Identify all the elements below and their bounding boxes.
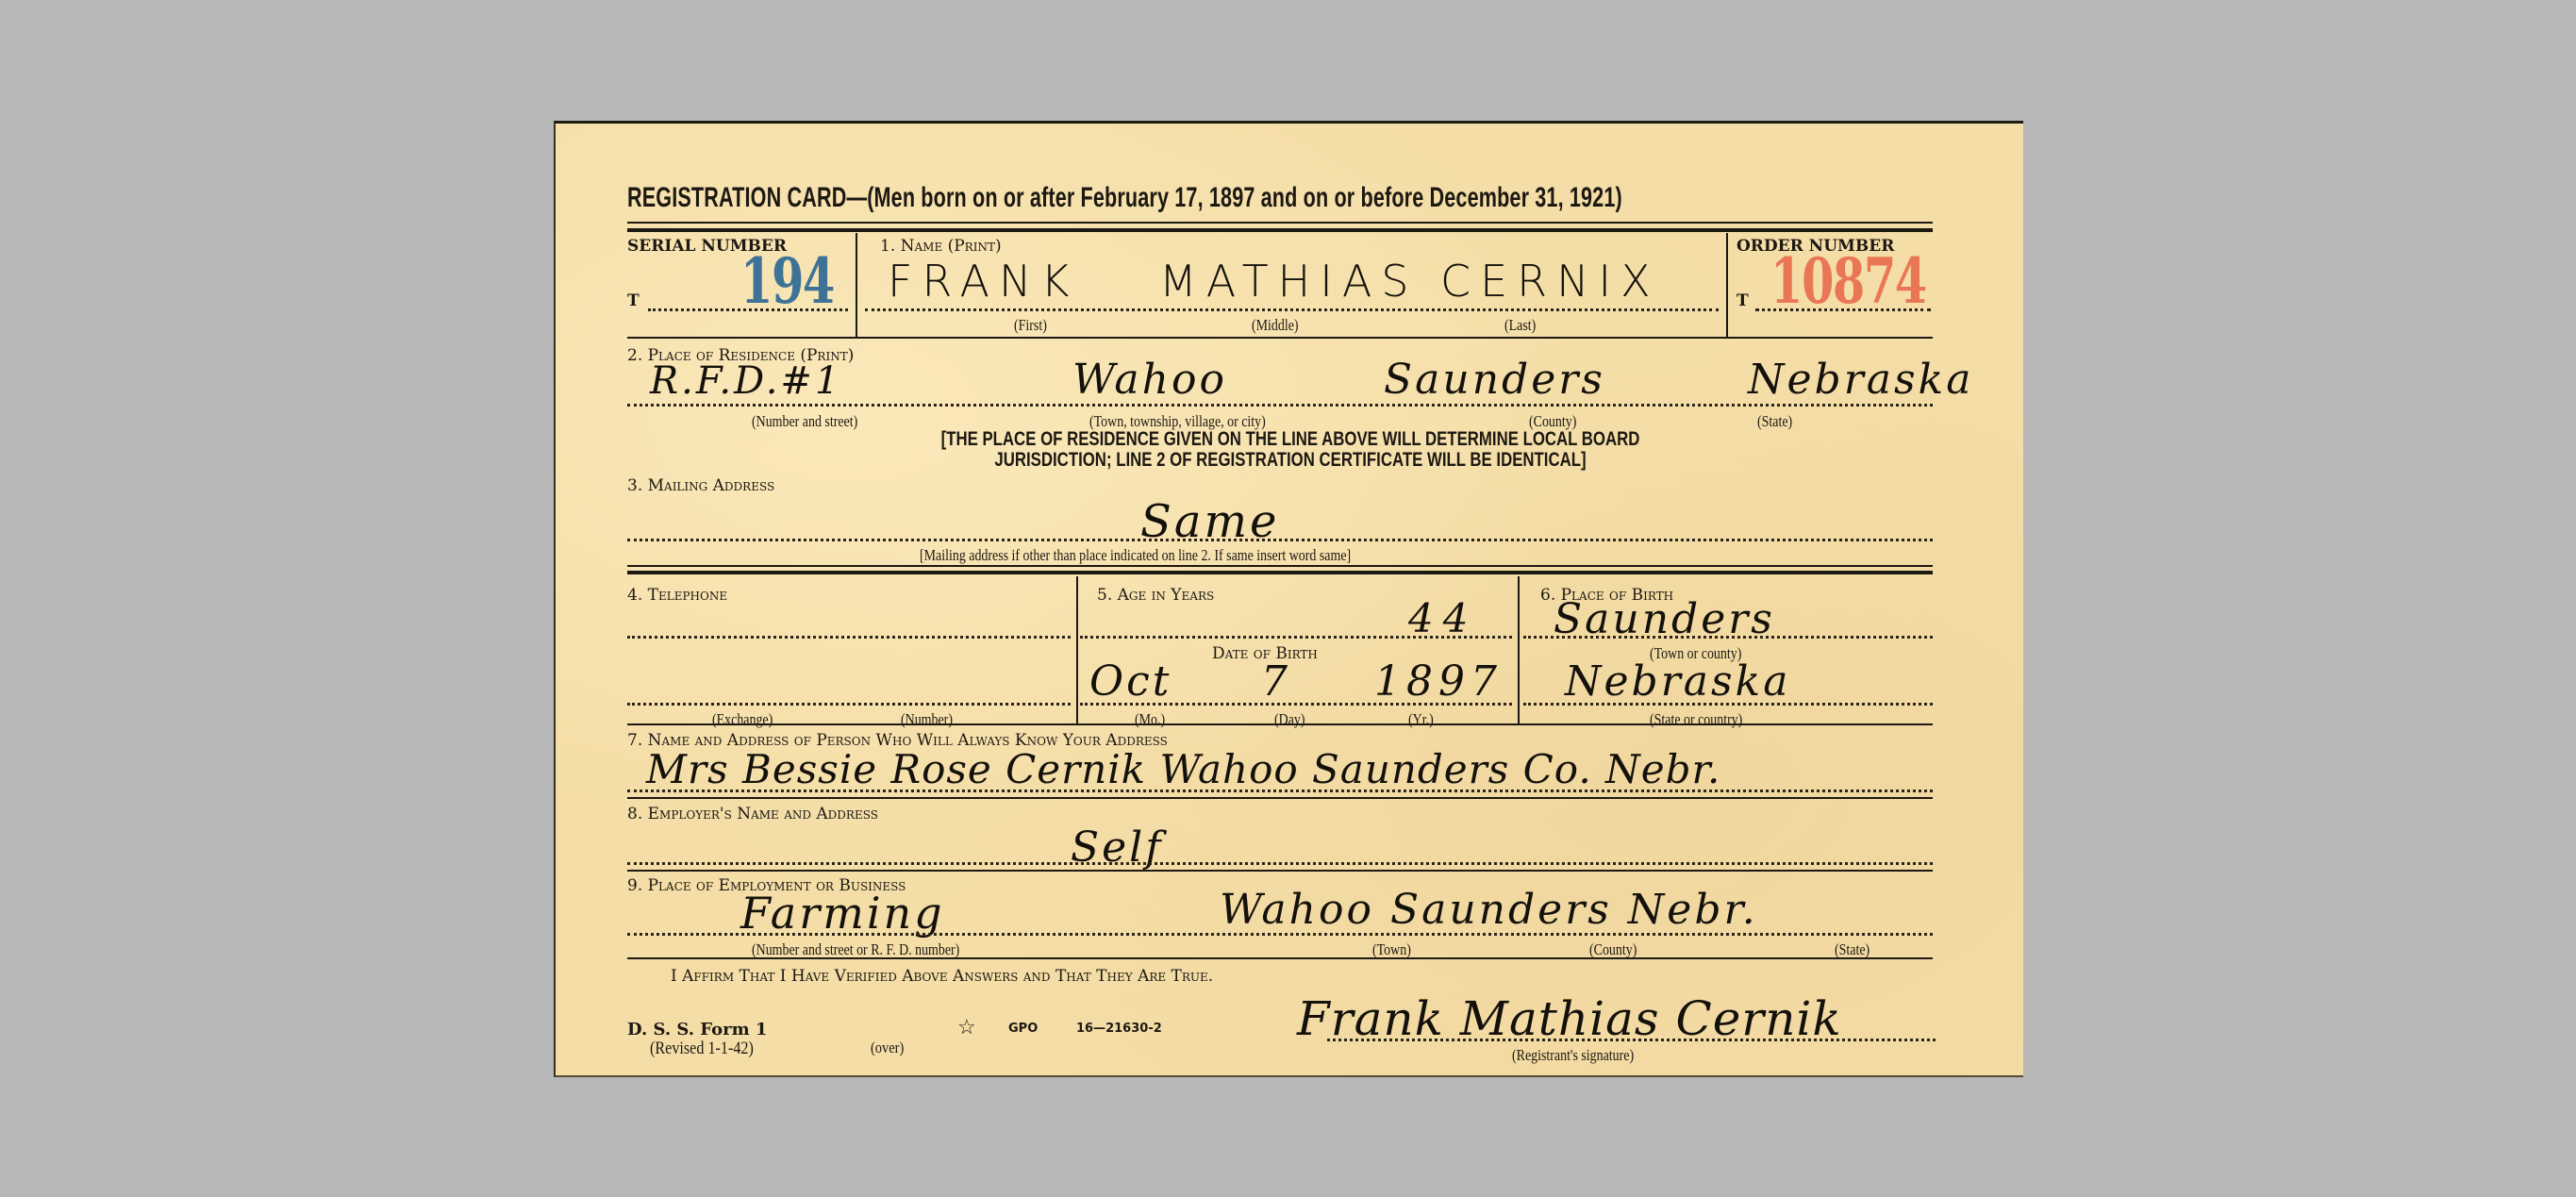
employment-county-sublabel: (County) xyxy=(1589,940,1637,959)
jurisdiction-note-line1: [THE PLACE OF RESIDENCE GIVEN ON THE LIN… xyxy=(703,428,1878,451)
telephone-number-sublabel: (Number) xyxy=(901,710,953,729)
birth-state-entry: Nebraska xyxy=(1565,657,1790,706)
name-middle-sublabel: (Middle) xyxy=(1252,316,1299,335)
employment-town-sublabel: (Town) xyxy=(1372,940,1411,959)
contact-dotted-line xyxy=(627,790,1933,792)
employment-street-sublabel: (Number and street or R. F. D. number) xyxy=(752,940,959,959)
serial-divider xyxy=(856,233,857,337)
age-label: 5. Age in Years xyxy=(1097,586,1214,605)
name-last-sublabel: (Last) xyxy=(1504,316,1536,335)
first-name-entry: FRANK xyxy=(888,256,1079,307)
serial-number-stamp: 194 xyxy=(740,244,834,318)
age-divider xyxy=(1518,576,1520,723)
row6-bottom-rule xyxy=(627,723,1933,725)
jurisdiction-note-line2: JURISDICTION; LINE 2 OF REGISTRATION CER… xyxy=(703,449,1878,472)
residence-town-entry: Wahoo xyxy=(1072,356,1227,404)
gpo-label: GPO xyxy=(1008,1022,1038,1036)
order-dotted-line xyxy=(1755,308,1931,311)
title-rule-1 xyxy=(627,222,1933,224)
order-number-stamp: 10874 xyxy=(1770,244,1926,318)
dob-year-entry: 1897 xyxy=(1374,657,1503,706)
name-dotted-line xyxy=(865,308,1719,311)
mailing-dotted-line xyxy=(627,539,1933,541)
form-over: (over) xyxy=(871,1039,904,1057)
residence-street-entry: R.F.D.#1 xyxy=(650,359,841,403)
dob-year-sublabel: (Yr.) xyxy=(1408,710,1434,729)
order-prefix: T xyxy=(1737,291,1749,310)
telephone-divider xyxy=(1076,576,1078,723)
dob-day-entry: 7 xyxy=(1261,657,1290,706)
last-name-entry: CERNIX xyxy=(1440,256,1660,307)
gpo-number: 16—21630-2 xyxy=(1076,1022,1162,1036)
row8-bottom-rule xyxy=(627,870,1933,872)
serial-prefix: T xyxy=(627,291,640,310)
age-entry: 44 xyxy=(1408,595,1477,641)
residence-state-entry: Nebraska xyxy=(1748,356,1973,404)
name-label: 1. Name (Print) xyxy=(880,237,1002,256)
employment-dotted-line xyxy=(627,933,1933,936)
signature-dotted-line xyxy=(1327,1039,1936,1041)
row3-rule-2 xyxy=(627,571,1933,574)
birthplace-state-sublabel: (State or country) xyxy=(1650,710,1742,729)
serial-dotted-line xyxy=(648,308,848,311)
telephone-exchange-sublabel: (Exchange) xyxy=(712,710,773,729)
dob-dotted-line xyxy=(1080,703,1512,706)
employer-label: 8. Employer's Name and Address xyxy=(627,805,878,823)
employer-dotted-line xyxy=(627,862,1933,865)
mailing-note: [Mailing address if other than place ind… xyxy=(920,546,1351,565)
middle-name-entry: MATHIAS xyxy=(1159,256,1419,307)
residence-county-entry: Saunders xyxy=(1384,356,1605,404)
age-dotted-line xyxy=(1080,636,1512,639)
row7-bottom-rule xyxy=(627,797,1933,799)
residence-dotted-line xyxy=(627,404,1933,407)
order-divider xyxy=(1726,233,1728,337)
dob-month-sublabel: (Mo.) xyxy=(1135,710,1165,729)
title-rule-2 xyxy=(627,228,1933,232)
star-icon: ☆ xyxy=(957,1016,976,1039)
affirmation-text: I Affirm That I Have Verified Above Answ… xyxy=(671,967,1213,986)
employment-state-sublabel: (State) xyxy=(1835,940,1870,959)
row1-bottom-rule xyxy=(627,337,1933,339)
mailing-address-label: 3. Mailing Address xyxy=(627,476,774,495)
row9-bottom-rule xyxy=(627,957,1933,959)
telephone-dotted-line-2 xyxy=(627,703,1071,706)
telephone-dotted-line-1 xyxy=(627,636,1071,639)
name-first-sublabel: (First) xyxy=(1014,316,1047,335)
card-title: REGISTRATION CARD—(Men born on or after … xyxy=(627,182,1622,214)
signature-label: (Registrant's signature) xyxy=(1512,1046,1634,1065)
dob-month-entry: Oct xyxy=(1089,657,1172,706)
dob-day-sublabel: (Day) xyxy=(1274,710,1305,729)
employment-business-entry: Farming xyxy=(740,888,945,939)
telephone-label: 4. Telephone xyxy=(627,586,727,605)
form-revised: (Revised 1-1-42) xyxy=(650,1039,754,1059)
row3-rule-1 xyxy=(627,565,1933,567)
registration-card: REGISTRATION CARD—(Men born on or after … xyxy=(554,121,2023,1077)
birthplace-dotted-line-1 xyxy=(1523,636,1933,639)
contact-entry: Mrs Bessie Rose Cernik Wahoo Saunders Co… xyxy=(646,746,1720,792)
form-id: D. S. S. Form 1 xyxy=(627,1020,767,1039)
employment-location-entry: Wahoo Saunders Nebr. xyxy=(1220,886,1758,934)
birthplace-dotted-line-2 xyxy=(1523,703,1933,706)
